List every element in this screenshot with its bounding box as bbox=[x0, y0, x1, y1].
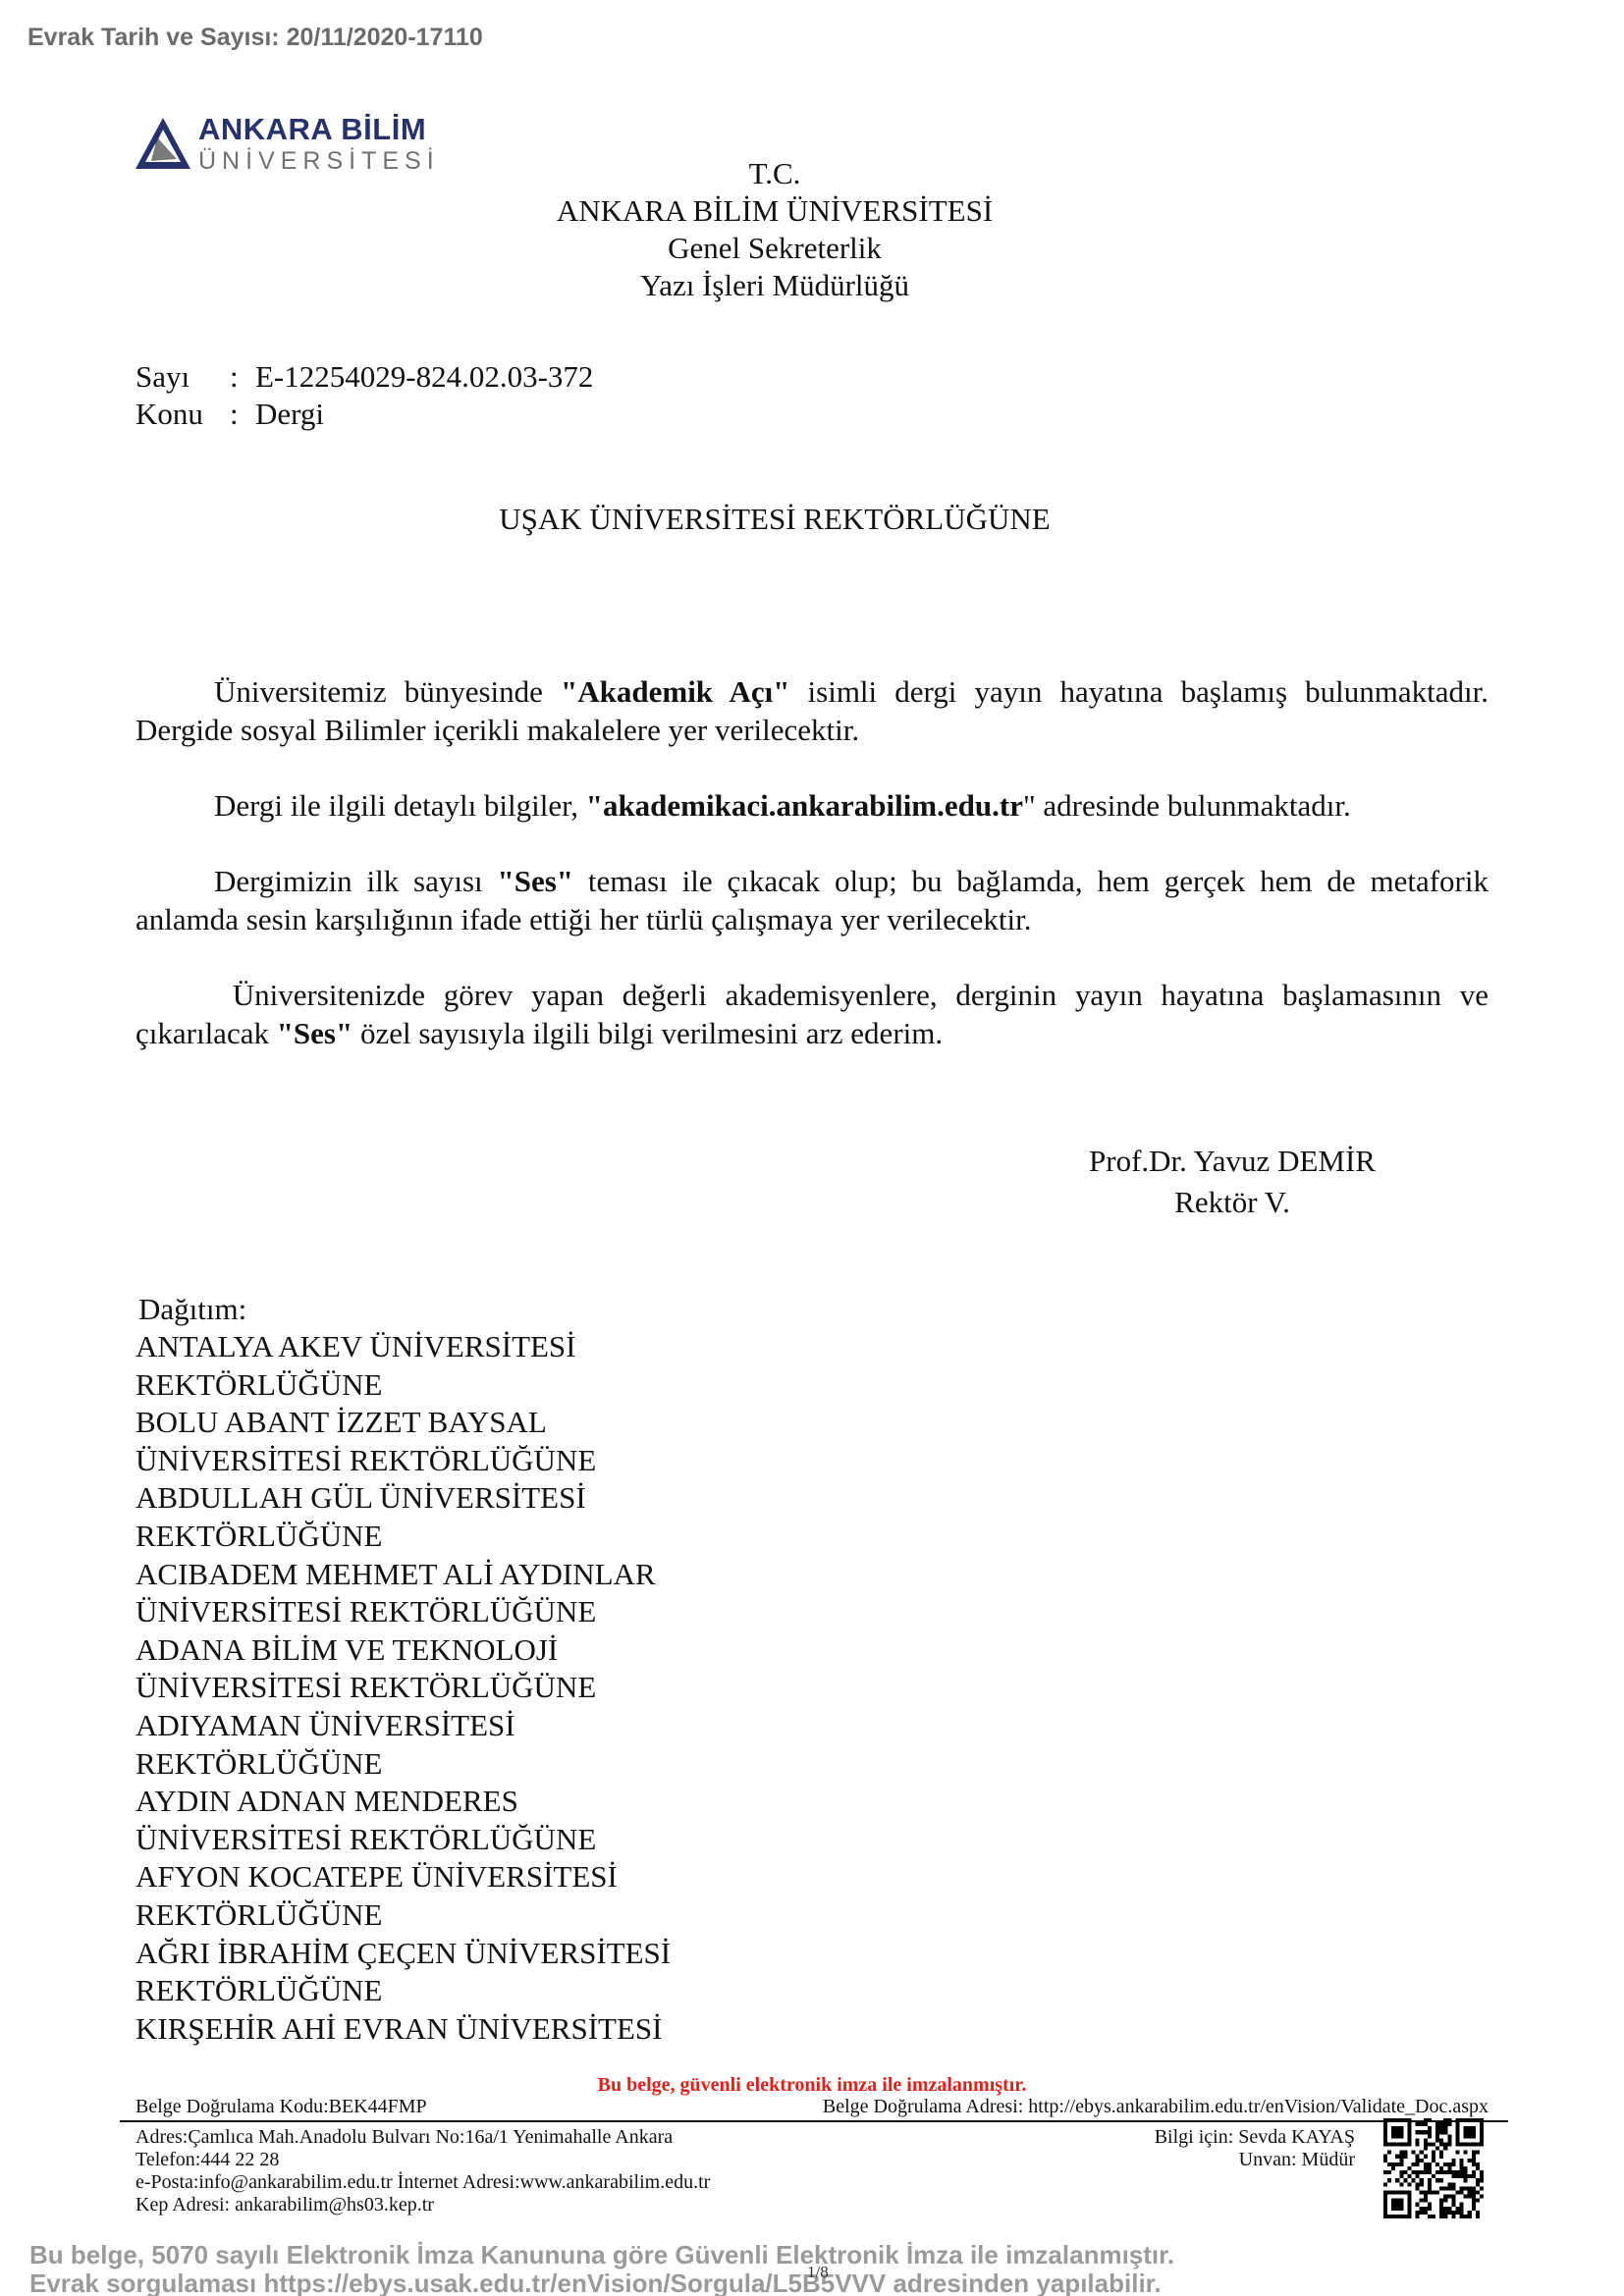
letterhead-tc: T.C. bbox=[0, 155, 1549, 192]
page-number: 1/8 bbox=[807, 2263, 829, 2282]
p3-text: Dergimizin ilk sayısı bbox=[214, 864, 498, 898]
distribution-item: ABDULLAH GÜL ÜNİVERSİTESİ bbox=[135, 1479, 671, 1518]
sayi-colon: : bbox=[230, 359, 255, 395]
recipient-heading: UŞAK ÜNİVERSİTESİ REKTÖRLÜĞÜNE bbox=[0, 501, 1549, 538]
issue-theme: "Ses" bbox=[498, 864, 574, 898]
issue-theme-2: "Ses" bbox=[277, 1016, 353, 1050]
footer-divider bbox=[120, 2120, 1508, 2122]
verification-address[interactable]: Belge Doğrulama Adresi: http://ebys.anka… bbox=[823, 2096, 1489, 2118]
distribution-item: REKTÖRLÜĞÜNE bbox=[135, 1518, 671, 1556]
qr-code-icon bbox=[1383, 2117, 1484, 2219]
body-paragraph-3: Dergimizin ilk sayısı "Ses" teması ile ç… bbox=[135, 863, 1489, 938]
signature-title: Rektör V. bbox=[1070, 1182, 1394, 1223]
logo-line1: ANKARA BİLİM bbox=[198, 112, 426, 147]
watermark-line-1: Bu belge, 5070 sayılı Elektronik İmza Ka… bbox=[29, 2240, 1174, 2270]
distribution-item: ACIBADEM MEHMET ALİ AYDINLAR bbox=[135, 1556, 671, 1594]
info-title: Unvan: Müdür bbox=[1239, 2149, 1355, 2171]
footer-kep: Kep Adresi: ankarabilim@hs03.kep.tr bbox=[135, 2194, 434, 2216]
distribution-item: REKTÖRLÜĞÜNE bbox=[135, 1745, 671, 1784]
watermark-line-2: Evrak sorgulaması https://ebys.usak.edu.… bbox=[29, 2269, 1162, 2296]
distribution-title: Dağıtım: bbox=[138, 1292, 246, 1327]
distribution-item: ÜNİVERSİTESİ REKTÖRLÜĞÜNE bbox=[135, 1593, 671, 1631]
distribution-item: REKTÖRLÜĞÜNE bbox=[135, 1972, 671, 2010]
letterhead-office: Yazı İşleri Müdürlüğü bbox=[0, 267, 1549, 304]
distribution-item: ADIYAMAN ÜNİVERSİTESİ bbox=[135, 1707, 671, 1745]
p1-text: Üniversitemiz bünyesinde bbox=[214, 674, 561, 709]
letterhead-department: Genel Sekreterlik bbox=[0, 230, 1549, 267]
p2-text-end: " adresinde bulunmaktadır. bbox=[1023, 788, 1351, 823]
verification-code: Belge Doğrulama Kodu:BEK44FMP bbox=[135, 2096, 427, 2118]
distribution-list: ANTALYA AKEV ÜNİVERSİTESİREKTÖRLÜĞÜNEBOL… bbox=[135, 1328, 671, 2048]
distribution-item: ÜNİVERSİTESİ REKTÖRLÜĞÜNE bbox=[135, 1669, 671, 1707]
distribution-item: ANTALYA AKEV ÜNİVERSİTESİ bbox=[135, 1328, 671, 1366]
sayi-value: E-12254029-824.02.03-372 bbox=[255, 359, 593, 394]
distribution-item: REKTÖRLÜĞÜNE bbox=[135, 1366, 671, 1405]
letterhead-university: ANKARA BİLİM ÜNİVERSİTESİ bbox=[0, 192, 1549, 230]
p2-text: Dergi ile ilgili detaylı bilgiler, bbox=[214, 788, 586, 823]
journal-website: "akademikaci.ankarabilim.edu.tr bbox=[586, 788, 1023, 823]
journal-name: "Akademik Açı" bbox=[561, 674, 789, 709]
konu-colon: : bbox=[230, 397, 255, 432]
document-date-number-header: Evrak Tarih ve Sayısı: 20/11/2020-17110 bbox=[27, 24, 483, 52]
footer-email-web: e-Posta:info@ankarabilim.edu.tr İnternet… bbox=[135, 2171, 710, 2194]
info-contact: Bilgi için: Sevda KAYAŞ bbox=[1155, 2126, 1355, 2149]
sayi-label: Sayı bbox=[135, 359, 230, 395]
body-paragraph-2: Dergi ile ilgili detaylı bilgiler, "akad… bbox=[135, 787, 1489, 826]
distribution-item: ÜNİVERSİTESİ REKTÖRLÜĞÜNE bbox=[135, 1821, 671, 1859]
body-paragraph-4: Üniversitenizde görev yapan değerli akad… bbox=[135, 977, 1489, 1052]
distribution-item: AFYON KOCATEPE ÜNİVERSİTESİ bbox=[135, 1858, 671, 1896]
distribution-item: ADANA BİLİM VE TEKNOLOJİ bbox=[135, 1631, 671, 1670]
footer-phone: Telefon:444 22 28 bbox=[135, 2149, 279, 2171]
sayi-row: Sayı:E-12254029-824.02.03-372 bbox=[135, 359, 593, 395]
distribution-item: AYDIN ADNAN MENDERES bbox=[135, 1783, 671, 1821]
p4-text-end: özel sayısıyla ilgili bilgi verilmesini … bbox=[352, 1016, 943, 1050]
konu-row: Konu:Dergi bbox=[135, 397, 324, 432]
distribution-item: REKTÖRLÜĞÜNE bbox=[135, 1896, 671, 1935]
e-signature-notice: Bu belge, güvenli elektronik imza ile im… bbox=[0, 2074, 1624, 2097]
distribution-item: ÜNİVERSİTESİ REKTÖRLÜĞÜNE bbox=[135, 1442, 671, 1480]
body-paragraph-1: Üniversitemiz bünyesinde "Akademik Açı" … bbox=[135, 673, 1489, 749]
konu-value: Dergi bbox=[255, 397, 324, 431]
signature-name: Prof.Dr. Yavuz DEMİR bbox=[1070, 1141, 1394, 1182]
distribution-item: AĞRI İBRAHİM ÇEÇEN ÜNİVERSİTESİ bbox=[135, 1935, 671, 1973]
distribution-item: BOLU ABANT İZZET BAYSAL bbox=[135, 1404, 671, 1442]
footer-address: Adres:Çamlıca Mah.Anadolu Bulvarı No:16a… bbox=[135, 2126, 673, 2149]
konu-label: Konu bbox=[135, 397, 230, 432]
distribution-item: KIRŞEHİR AHİ EVRAN ÜNİVERSİTESİ bbox=[135, 2010, 671, 2049]
